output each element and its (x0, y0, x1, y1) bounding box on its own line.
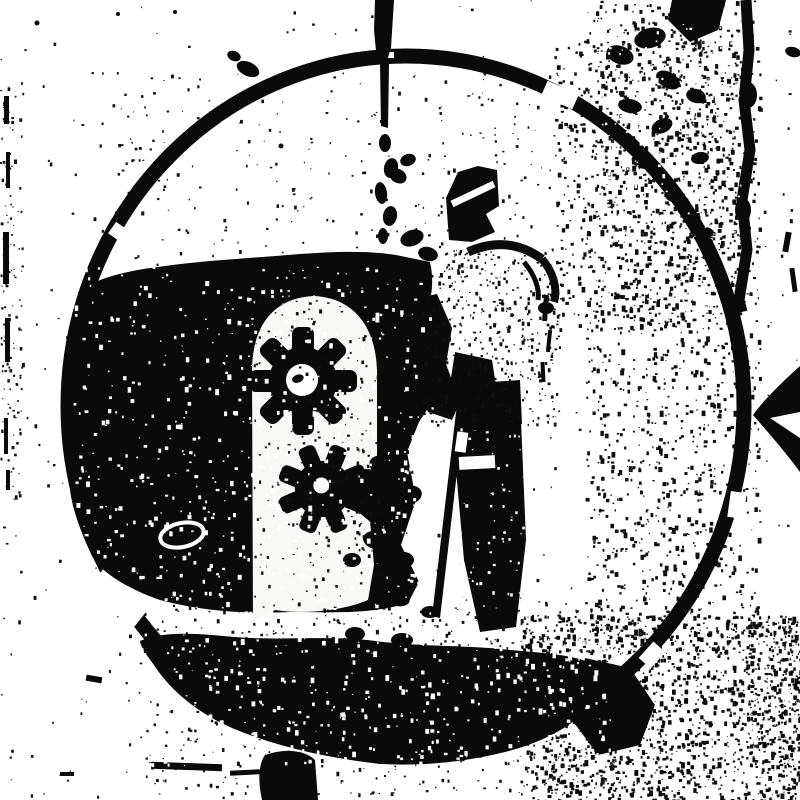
sign-photo (0, 0, 800, 800)
photo-canvas (0, 0, 800, 800)
